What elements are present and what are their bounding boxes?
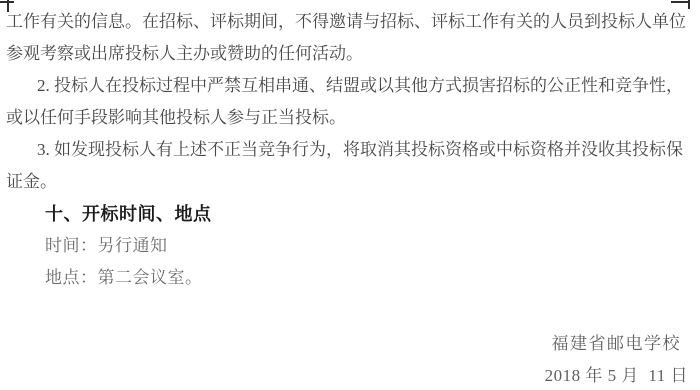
paragraph-line-item2: 2. 投标人在投标过程中严禁互相串通、结盟或以其他方式损害招标的公正性和竞争性， — [6, 70, 700, 102]
opening-time-line: 时间：另行通知 — [6, 230, 700, 262]
signature-organization: 福建省邮电学校 — [0, 328, 700, 360]
document-page: 工作有关的信息。在招标、评标期间，不得邀请与招标、评标工作有关的人员到投标人单位… — [0, 0, 700, 390]
top-left-border-mark-vertical — [7, 0, 9, 12]
paragraph-line: 证金。 — [6, 166, 700, 198]
section-heading-opening-time-place: 十、开标时间、地点 — [6, 198, 700, 230]
opening-place-line: 地点：第二会议室。 — [6, 262, 700, 294]
paragraph-line: 参观考察或出席投标人主办或赞助的任何活动。 — [6, 38, 700, 70]
paragraph-line-item3: 3. 如发现投标人有上述不正当竞争行为，将取消其投标资格或中标资格并没收其投标保 — [6, 134, 700, 166]
paragraph-line: 工作有关的信息。在招标、评标期间，不得邀请与招标、评标工作有关的人员到投标人单位 — [6, 6, 700, 38]
document-body: 工作有关的信息。在招标、评标期间，不得邀请与招标、评标工作有关的人员到投标人单位… — [0, 0, 700, 390]
blank-line-spacer — [0, 294, 700, 328]
signature-date: 2018 年 5 月 11 日 — [0, 360, 700, 390]
paragraph-line: 或以任何手段影响其他投标人参与正当投标。 — [6, 102, 700, 134]
top-right-border-mark-vertical — [688, 0, 690, 9]
